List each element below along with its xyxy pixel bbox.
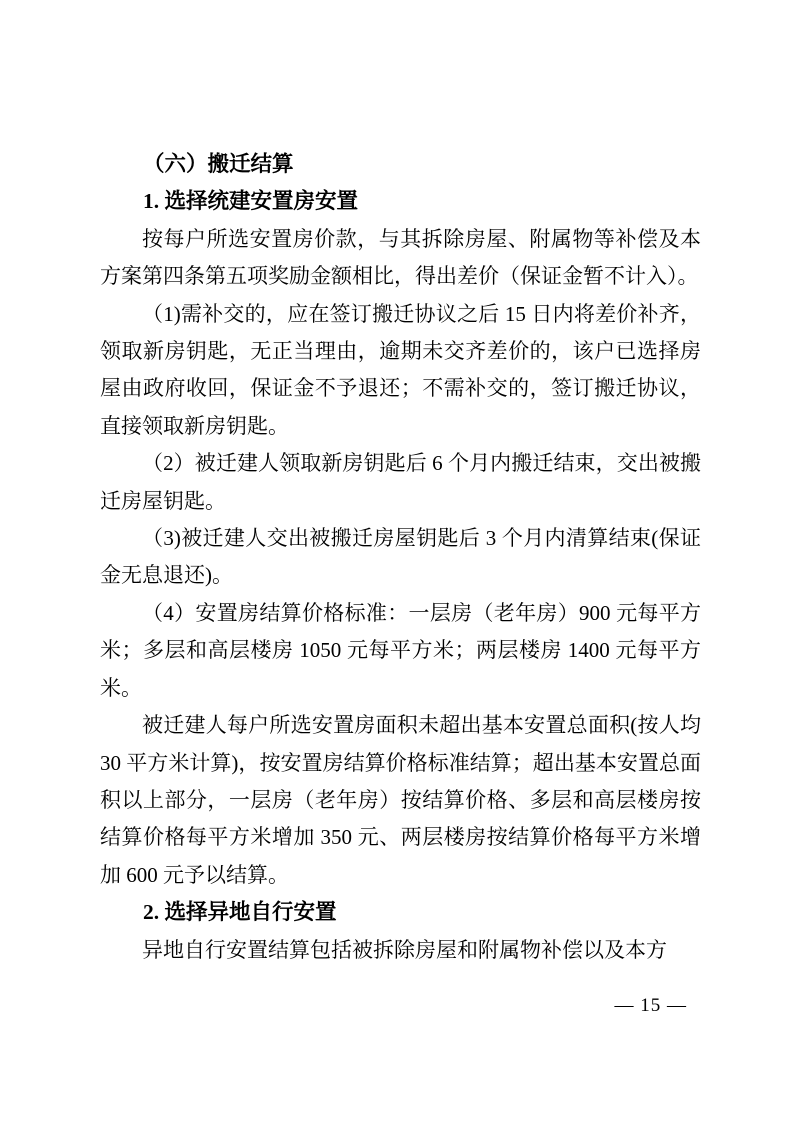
paragraph-4: （3)被迁建人交出被搬迁房屋钥匙后 3 个月内清算结束(保证金无息退还)。	[100, 520, 701, 595]
paragraph-6: 被迁建人每户所选安置房面积未超出基本安置总面积(按人均 30 平方米计算)，按安…	[100, 707, 701, 894]
paragraph-2: （1)需补交的，应在签订搬迁协议之后 15 日内将差价补齐，领取新房钥匙，无正当…	[100, 296, 701, 446]
document-page: （六）搬迁结算 1. 选择统建安置房安置 按每户所选安置房价款，与其拆除房屋、附…	[0, 0, 794, 1122]
section-heading: （六）搬迁结算	[100, 146, 701, 183]
subsection-1-heading: 1. 选择统建安置房安置	[100, 183, 701, 220]
subsection-2-heading: 2. 选择异地自行安置	[100, 894, 701, 931]
document-body: （六）搬迁结算 1. 选择统建安置房安置 按每户所选安置房价款，与其拆除房屋、附…	[100, 146, 701, 969]
page-number: — 15 —	[615, 991, 688, 1021]
paragraph-5: （4）安置房结算价格标准：一层房（老年房）900 元每平方米；多层和高层楼房 1…	[100, 595, 701, 707]
paragraph-1: 按每户所选安置房价款，与其拆除房屋、附属物等补偿及本方案第四条第五项奖励金额相比…	[100, 221, 701, 296]
paragraph-3: （2）被迁建人领取新房钥匙后 6 个月内搬迁结束，交出被搬迁房屋钥匙。	[100, 445, 701, 520]
paragraph-7: 异地自行安置结算包括被拆除房屋和附属物补偿以及本方	[100, 932, 701, 969]
